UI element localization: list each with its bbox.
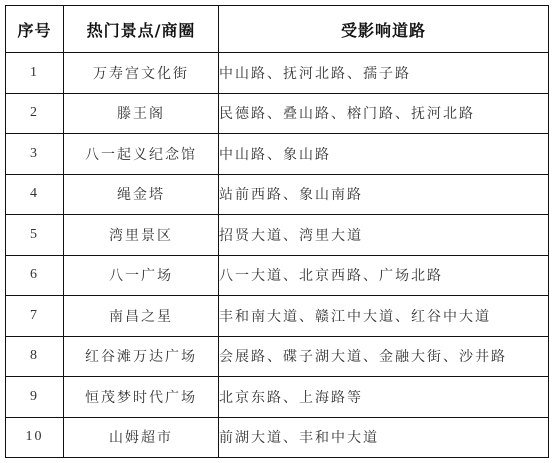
table-row: 10 山姆超市 前湖大道、丰和中大道 <box>6 417 549 458</box>
row-spot: 湾里景区 <box>64 215 219 256</box>
table-row: 5 湾里景区 招贤大道、湾里大道 <box>6 215 549 256</box>
table-header-row: 序号 热门景点/商圈 受影响道路 <box>6 6 549 53</box>
row-index: 5 <box>6 215 64 256</box>
row-roads: 丰和南大道、赣江中大道、红谷中大道 <box>219 296 549 337</box>
row-spot: 万寿宫文化街 <box>64 53 219 94</box>
table-row: 7 南昌之星 丰和南大道、赣江中大道、红谷中大道 <box>6 296 549 337</box>
row-spot: 绳金塔 <box>64 174 219 215</box>
row-index: 6 <box>6 255 64 296</box>
row-roads: 民德路、叠山路、榕门路、抚河北路 <box>219 93 549 134</box>
header-index: 序号 <box>6 6 64 53</box>
row-roads: 北京东路、上海路等 <box>219 377 549 418</box>
table-row: 8 红谷滩万达广场 会展路、碟子湖大道、金融大街、沙井路 <box>6 336 549 377</box>
table-row: 4 绳金塔 站前西路、象山南路 <box>6 174 549 215</box>
table-row: 3 八一起义纪念馆 中山路、象山路 <box>6 134 549 175</box>
row-roads: 前湖大道、丰和中大道 <box>219 417 549 458</box>
row-roads: 会展路、碟子湖大道、金融大街、沙井路 <box>219 336 549 377</box>
table-row: 9 恒茂梦时代广场 北京东路、上海路等 <box>6 377 549 418</box>
row-roads: 中山路、抚河北路、孺子路 <box>219 53 549 94</box>
row-spot: 山姆超市 <box>64 417 219 458</box>
row-spot: 南昌之星 <box>64 296 219 337</box>
row-index: 2 <box>6 93 64 134</box>
row-spot: 红谷滩万达广场 <box>64 336 219 377</box>
row-index: 4 <box>6 174 64 215</box>
header-roads: 受影响道路 <box>219 6 549 53</box>
row-index: 3 <box>6 134 64 175</box>
row-roads: 中山路、象山路 <box>219 134 549 175</box>
affected-roads-table: 序号 热门景点/商圈 受影响道路 1 万寿宫文化街 中山路、抚河北路、孺子路 2… <box>5 5 549 458</box>
row-roads: 站前西路、象山南路 <box>219 174 549 215</box>
row-index: 7 <box>6 296 64 337</box>
table-row: 1 万寿宫文化街 中山路、抚河北路、孺子路 <box>6 53 549 94</box>
row-index: 8 <box>6 336 64 377</box>
row-index: 1 <box>6 53 64 94</box>
row-spot: 滕王阁 <box>64 93 219 134</box>
row-roads: 八一大道、北京西路、广场北路 <box>219 255 549 296</box>
row-spot: 八一广场 <box>64 255 219 296</box>
header-spot: 热门景点/商圈 <box>64 6 219 53</box>
table-row: 2 滕王阁 民德路、叠山路、榕门路、抚河北路 <box>6 93 549 134</box>
row-spot: 八一起义纪念馆 <box>64 134 219 175</box>
row-index: 9 <box>6 377 64 418</box>
row-index: 10 <box>6 417 64 458</box>
table-row: 6 八一广场 八一大道、北京西路、广场北路 <box>6 255 549 296</box>
row-spot: 恒茂梦时代广场 <box>64 377 219 418</box>
row-roads: 招贤大道、湾里大道 <box>219 215 549 256</box>
